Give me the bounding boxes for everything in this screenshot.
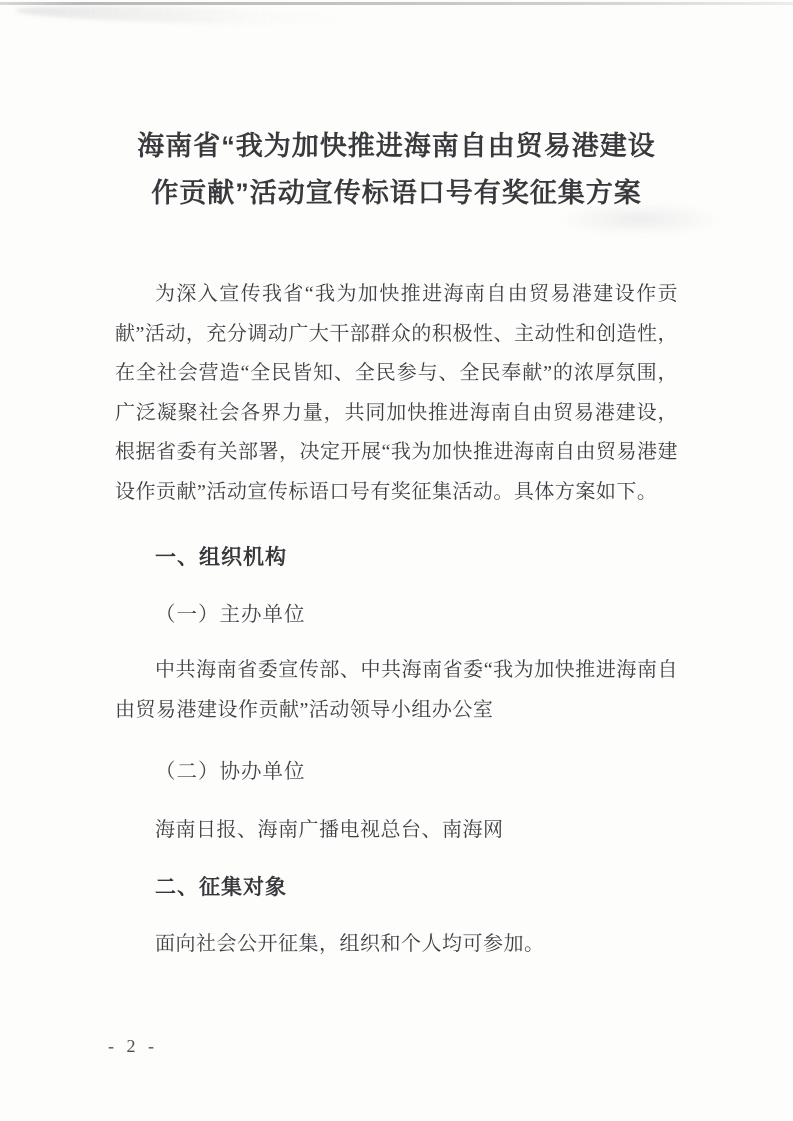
section-heading-collection-target: 二、征集对象 xyxy=(115,868,678,908)
document-page: 海南省“我为加快推进海南自由贸易港建设 作贡献”活动宣传标语口号有奖征集方案 为… xyxy=(0,0,793,1121)
paragraph-collection-target: 面向社会公开征集，组织和个人均可参加。 xyxy=(115,925,678,965)
document-content: 海南省“我为加快推进海南自由贸易港建设 作贡献”活动宣传标语口号有奖征集方案 为… xyxy=(115,0,678,965)
section-heading-organization: 一、组织机构 xyxy=(115,538,678,578)
intro-paragraph: 为深入宣传我省“我为加快推进海南自由贸易港建设作贡献”活动，充分调动广大干部群众… xyxy=(115,275,678,512)
document-title-line-2: 作贡献”活动宣传标语口号有奖征集方案 xyxy=(115,170,678,217)
paragraph-co-organizer: 海南日报、海南广播电视总台、南海网 xyxy=(115,811,678,851)
document-title: 海南省“我为加快推进海南自由贸易港建设 作贡献”活动宣传标语口号有奖征集方案 xyxy=(115,123,678,217)
subheading-host-unit: （一）主办单位 xyxy=(115,596,678,636)
document-title-line-1: 海南省“我为加快推进海南自由贸易港建设 xyxy=(115,123,678,170)
subheading-co-organizer: （二）协办单位 xyxy=(115,753,678,793)
page-number: - 2 - xyxy=(108,1036,158,1057)
paragraph-host-unit: 中共海南省委宣传部、中共海南省委“我为加快推进海南自由贸易港建设作贡献”活动领导… xyxy=(115,651,678,730)
